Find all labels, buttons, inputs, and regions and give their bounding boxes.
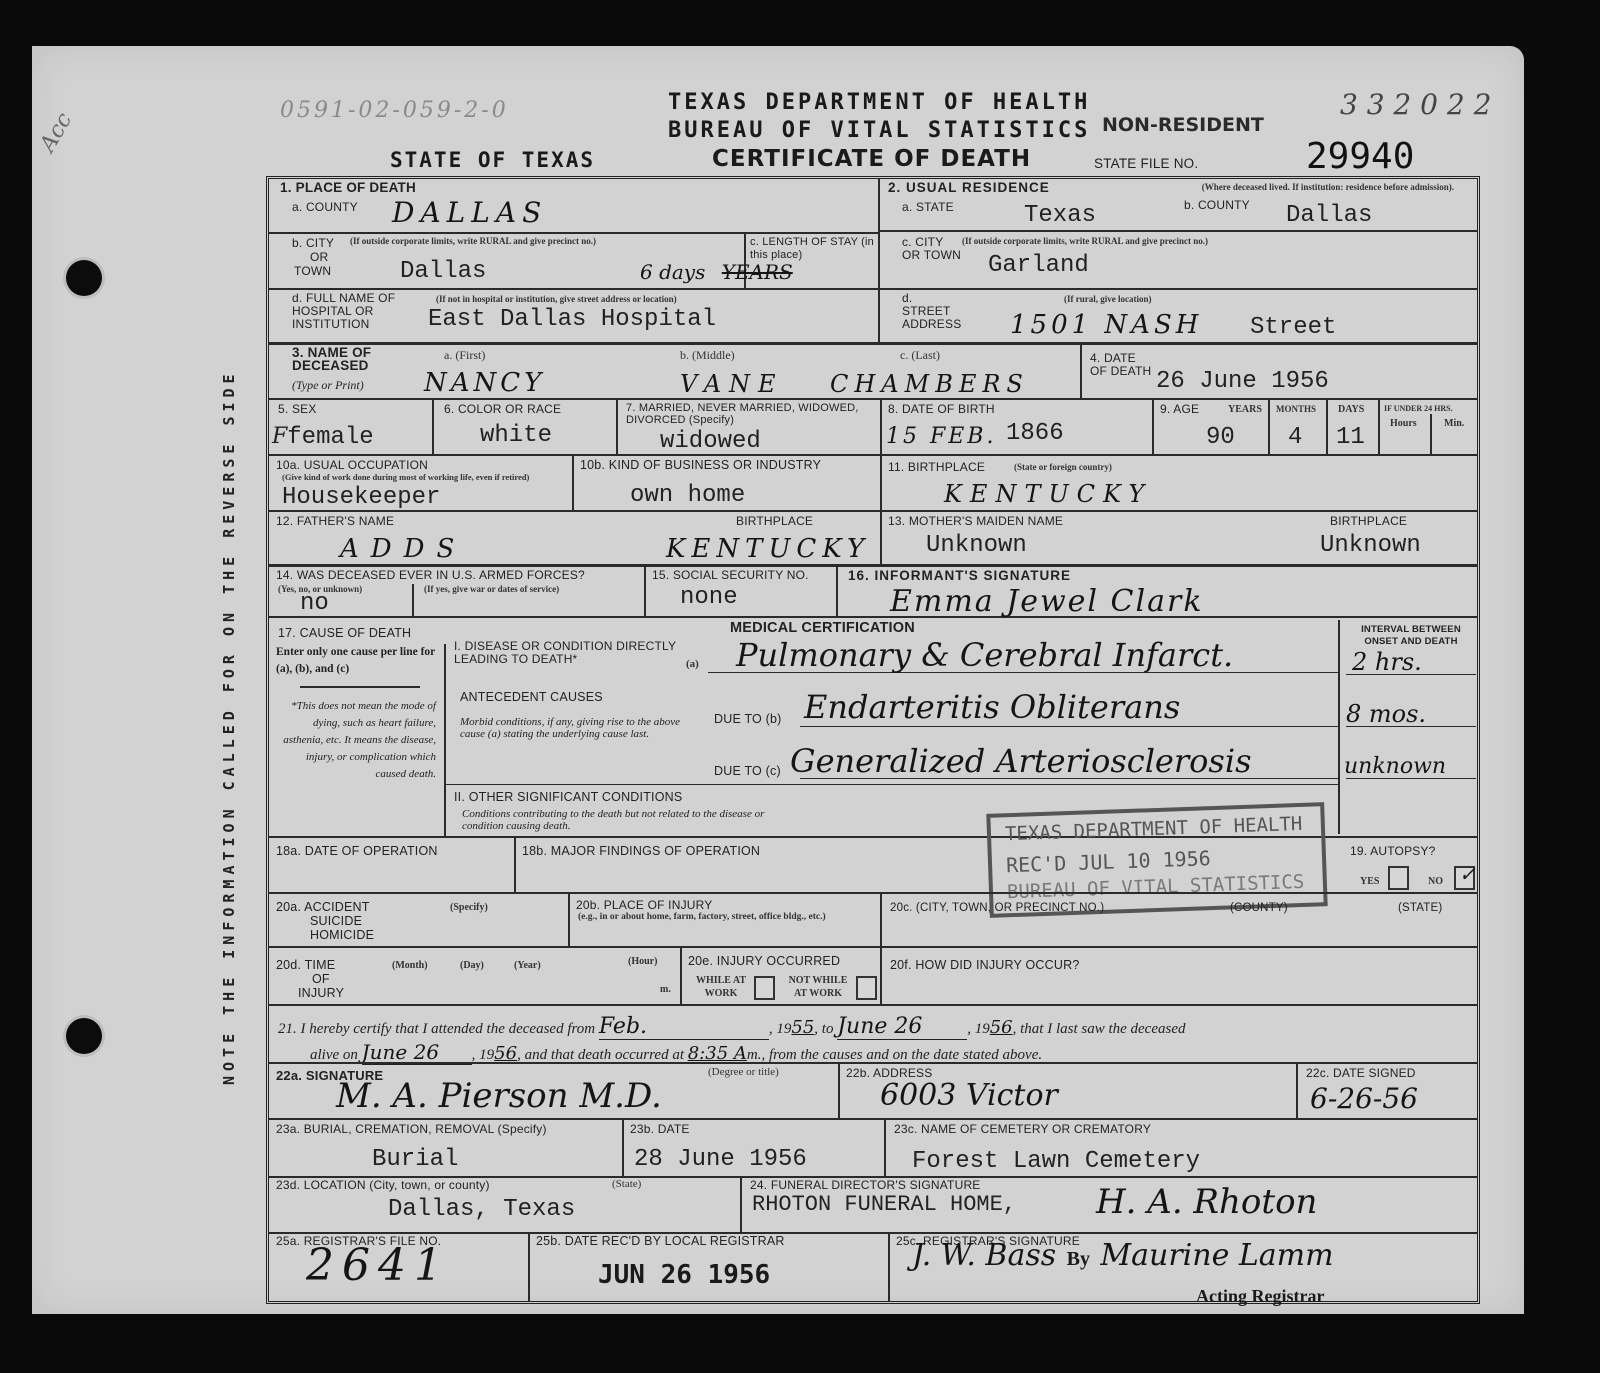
m-label: m. [660,984,671,995]
cause-a-value[interactable]: Pulmonary & Cerebral Infarct. [736,636,1233,674]
funeral-director-label: 24. FUNERAL DIRECTOR'S SIGNATURE [750,1178,981,1192]
industry-value[interactable]: own home [630,482,745,509]
operation-date-label: 18a. DATE OF OPERATION [276,844,438,858]
certify-text-8: , and that death occurred at [517,1047,684,1063]
divider [680,948,682,1004]
divider [268,946,1478,948]
agency-line-1: TEXAS DEPARTMENT OF HEALTH [668,90,1090,115]
divider [740,1178,742,1232]
years-label: YEARS [1228,404,1262,415]
name-hint: (Type or Print) [292,378,364,393]
stay-days: 6 days [640,260,705,284]
under-24-label: IF UNDER 24 HRS. [1384,404,1453,413]
how-injury-occurred-label: 20f. HOW DID INJURY OCCUR? [890,958,1080,972]
days-label: DAYS [1338,404,1364,415]
res-state-label: a. STATE [902,200,954,214]
divider [268,454,1478,456]
divider [268,1118,1478,1120]
physician-address-value[interactable]: 6003 Victor [880,1078,1058,1113]
agency-line-2: BUREAU OF VITAL STATISTICS [668,118,1090,143]
mother-value[interactable]: Unknown [926,532,1027,559]
autopsy-label: 19. AUTOPSY? [1350,844,1436,858]
divider [268,398,1478,400]
divider [878,178,880,344]
cause-footnote: *This does not mean the mode of dying, s… [276,698,436,783]
cause-of-death-label: 17. CAUSE OF DEATH [278,626,411,640]
divider [884,1120,886,1176]
registrar-signature-block: J. W. Bass By Maurine Lamm [912,1238,1334,1273]
suicide-label: SUICIDE [310,914,362,928]
divider [1378,400,1380,454]
received-stamp: TEXAS DEPARTMENT OF HEALTH REC'D JUL 10 … [986,802,1327,918]
street-number-value[interactable]: 1501 NASH [1010,310,1202,340]
degree-label: (Degree or title) [708,1066,779,1078]
residence-label: 2. USUAL RESIDENCE [888,180,1050,195]
autopsy-no-label: NO [1428,876,1443,887]
divider [616,400,618,454]
divider [1346,674,1476,675]
race-value[interactable]: white [480,422,552,449]
date-signed-label: 22c. DATE SIGNED [1306,1066,1416,1080]
divider [1326,400,1328,454]
divider [268,288,1478,290]
occupation-label: 10a. USUAL OCCUPATION [276,458,428,472]
time-of-death[interactable]: 8:35 A [688,1043,747,1064]
interval-a-value[interactable]: 2 hrs. [1352,648,1422,676]
sex-label: 5. SEX [278,402,317,416]
divider [1430,414,1432,454]
check-mark-icon: ✓ [1459,862,1476,886]
mother-birthplace-label: BIRTHPLACE [1330,514,1407,528]
part2-label: II. OTHER SIGNIFICANT CONDITIONS [454,790,682,804]
cause-b-value[interactable]: Endarteritis Obliterans [804,688,1180,726]
divider [1268,400,1270,454]
armed-forces-value[interactable]: no [300,590,329,617]
last-name-label: c. (Last) [900,348,940,363]
divider [1152,400,1154,454]
middle-name-value[interactable]: VANE [680,370,784,398]
certify-text-1: 21. I hereby certify that I attended the… [278,1021,595,1037]
cause-hint: Enter only one cause per line for (a), (… [276,644,436,678]
a-marker: (a) [686,658,699,670]
time-of-injury-label: 20d. TIME [276,958,335,972]
sex-corrected-initial: F [272,424,287,449]
death-county-value[interactable]: DALLAS [392,196,547,229]
burial-date-value[interactable]: 28 June 1956 [634,1146,807,1173]
last-name-value[interactable]: CHAMBERS [830,370,1029,398]
punch-hole-bottom [66,1018,102,1054]
part1-label: I. DISEASE OR CONDITION DIRECTLY LEADING… [454,640,684,666]
not-while-at-work-label: NOT WHILE AT WORK [782,974,854,1000]
dob-year-value[interactable]: 1866 [1006,420,1064,447]
attended-from-month[interactable]: Feb. [599,1014,769,1040]
injury-word-label: INJURY [298,986,344,1000]
non-resident-stamp: NON-RESIDENT [1102,114,1264,136]
divider [1346,778,1476,779]
hospital-hint: (If not in hospital or institution, give… [436,294,677,304]
injury-city-label: 20c. (CITY, TOWN, OR PRECINCT NO.) [890,902,1104,914]
marital-label: 7. MARRIED, NEVER MARRIED, WIDOWED, DIVO… [626,402,866,426]
name-label: 3. NAME OF DECEASED [292,346,402,372]
homicide-label: HOMICIDE [310,928,374,942]
stay-struck-years: YEARS [722,260,793,284]
street-suffix-value[interactable]: Street [1250,314,1336,341]
due-to-c-label: DUE TO (c) [714,764,781,778]
by-label: By [1067,1248,1090,1270]
burial-state-label: (State) [612,1178,641,1190]
acting-registrar-label: Acting Registrar [1196,1286,1324,1307]
reverse-side-note: NOTE THE INFORMATION CALLED FOR ON THE R… [220,369,238,1085]
birthplace-value[interactable]: KENTUCKY [944,480,1152,508]
cause-c-value[interactable]: Generalized Arteriosclerosis [790,742,1252,780]
birthplace-label: 11. BIRTHPLACE [888,460,985,474]
injury-a-label: 20a. ACCIDENT [276,900,370,914]
disposition-value[interactable]: Burial [372,1146,458,1173]
injury-county-label: (COUNTY) [1230,902,1288,914]
medical-cert-title: MEDICAL CERTIFICATION [730,620,915,636]
month-label: (Month) [392,960,428,971]
divider [568,894,570,946]
town-label: TOWN [294,264,331,278]
date-of-death-value[interactable]: 26 June 1956 [1156,368,1329,395]
certify-text-6: alive on [310,1047,358,1063]
sex-text: female [287,424,373,451]
stamp-number-top-left: 0591-02-059-2-0 [280,98,509,123]
birthplace-hint: (State or foreign country) [1014,462,1112,472]
divider [268,342,1478,345]
informant-label: 16. INFORMANT'S SIGNATURE [848,568,1071,583]
certify-text-4: , 19 [967,1021,990,1037]
cause-b-line [800,726,1338,727]
marital-value[interactable]: widowed [660,428,761,455]
father-label: 12. FATHER'S NAME [276,514,394,528]
res-city-value[interactable]: Garland [988,252,1089,279]
stamp-line-1: TEXAS DEPARTMENT OF HEALTH [1005,813,1303,845]
res-county-value[interactable]: Dallas [1286,202,1372,229]
stamp-line-2: REC'D JUL 10 1956 [1006,846,1211,877]
divider [622,1120,624,1176]
burial-location-label: 23d. LOCATION (City, town, or county) [276,1178,490,1192]
attended-to-year[interactable]: 56 [990,1017,1013,1038]
autopsy-yes-label: YES [1360,876,1379,887]
registrar-signature[interactable]: J. W. Bass [912,1238,1056,1273]
street-label: d. STREET ADDRESS [902,292,962,331]
first-name-value[interactable]: NANCY [424,368,545,398]
autopsy-no-checkbox[interactable]: ✓ [1454,866,1475,890]
middle-name-label: b. (Middle) [680,348,735,363]
burial-location-value[interactable]: Dallas, Texas [388,1196,575,1223]
hour-label: (Hour) [628,956,657,967]
divider [836,567,838,616]
res-state-value[interactable]: Texas [1024,202,1096,229]
divider [412,584,414,616]
state-of-texas: STATE OF TEXAS [390,148,595,172]
res-city-hint: (If outside corporate limits, write RURA… [962,236,1208,246]
divider [880,400,882,566]
divider [572,456,574,510]
divider [1296,1064,1298,1118]
city-label: b. CITY [292,236,334,250]
not-while-at-work-checkbox[interactable] [856,976,877,1000]
while-at-work-checkbox[interactable] [754,976,775,1000]
local-registrar-date-value[interactable]: JUN 26 1956 [598,1260,770,1290]
specify-label: (Specify) [450,902,488,913]
occupation-hint: (Give kind of work done during most of w… [282,472,572,482]
ssn-value[interactable]: none [680,584,738,611]
res-city-label: c. CITY OR TOWN [902,236,962,262]
certificate-title: CERTIFICATE OF DEATH [712,146,1031,172]
certify-text-3: , to [814,1021,833,1037]
dob-day-month-value[interactable]: 15 FEB. [886,424,996,449]
race-label: 6. COLOR OR RACE [444,402,561,416]
disposition-label: 23a. BURIAL, CREMATION, REMOVAL (Specify… [276,1122,547,1136]
father-birthplace-value[interactable]: KENTUCKY [666,534,870,564]
divider [1338,620,1340,834]
age-label: 9. AGE [1160,402,1199,416]
state-file-no-label: STATE FILE NO. [1094,156,1198,171]
handwritten-number-top-right: 3 3 2 0 2 2 [1340,88,1491,121]
street-hint: (If rural, give location) [1064,294,1151,304]
antecedent-hint: Morbid conditions, if any, giving rise t… [460,716,686,740]
divider [444,784,1338,785]
certify-text-2: , 19 [769,1021,792,1037]
dob-label: 8. DATE OF BIRTH [888,402,995,416]
divider [644,567,646,616]
acting-registrar-signature[interactable]: Maurine Lamm [1100,1238,1333,1273]
armed-hint-2: (If yes, give war or dates of service) [424,584,559,594]
interval-c-value[interactable]: unknown [1344,754,1446,779]
divider [514,838,516,892]
divider [300,686,420,688]
interval-label: INTERVAL BETWEEN ONSET AND DEATH [1346,624,1476,648]
place-of-injury-label: 20b. PLACE OF INJURY [576,898,713,912]
year-label: (Year) [514,960,541,971]
ssn-label: 15. SOCIAL SECURITY NO. [652,568,809,582]
place-of-injury-hint: (e.g., in or about home, farm, factory, … [578,912,858,922]
mother-birthplace-value[interactable]: Unknown [1320,532,1421,559]
age-years-value[interactable]: 90 [1206,424,1235,451]
while-at-work-label: WHILE AT WORK [690,974,752,1000]
last-seen-alive-year[interactable]: 56 [494,1043,517,1064]
cemetery-value[interactable]: Forest Lawn Cemetery [912,1148,1200,1175]
divider [838,1064,840,1118]
certify-text-7: , 19 [472,1047,495,1063]
age-days-value[interactable]: 11 [1336,424,1365,451]
divider [444,644,446,836]
divider [880,894,882,1004]
mother-label: 13. MOTHER'S MAIDEN NAME [888,514,1063,528]
divider [880,230,1478,232]
or-label: OR [310,250,328,264]
divider [268,1232,1478,1234]
divider [888,1234,890,1302]
interval-b-value[interactable]: 8 mos. [1346,700,1426,728]
death-city-value[interactable]: Dallas [400,258,486,285]
state-file-no: 29940 [1306,136,1414,177]
registrar-file-no-value[interactable]: 2641 [306,1240,450,1291]
local-registrar-date-label: 25b. DATE REC'D BY LOCAL REGISTRAR [536,1234,785,1248]
age-months-value[interactable]: 4 [1288,424,1302,451]
funeral-director-signature[interactable]: H. A. Rhoton [1096,1182,1317,1222]
father-birthplace-label: BIRTHPLACE [736,514,813,528]
county-label: a. COUNTY [292,200,358,214]
due-to-b-label: DUE TO (b) [714,712,782,726]
place-of-death-label: 1. PLACE OF DEATH [280,180,416,195]
hours-label: Hours [1390,418,1417,429]
res-county-label: b. COUNTY [1184,198,1250,212]
divider [432,400,434,454]
father-value[interactable]: ADDS [340,534,466,564]
divider [528,1234,530,1302]
divider [1080,344,1082,398]
hospital-value[interactable]: East Dallas Hospital [428,306,716,333]
date-of-death-label: 4. DATE OF DEATH [1090,352,1152,378]
physician-signature[interactable]: M. A. Pierson M.D. [336,1076,662,1116]
certify-line-1: 21. I hereby certify that I attended the… [278,1014,1186,1040]
attended-to-date[interactable]: June 26 [837,1014,967,1040]
stay-value[interactable]: 6 days YEARS [640,260,793,284]
months-label: MONTHS [1276,404,1316,414]
divider [268,510,1478,512]
operation-findings-label: 18b. MAJOR FINDINGS OF OPERATION [522,844,760,858]
occupation-value[interactable]: Housekeeper [282,484,440,511]
burial-date-label: 23b. DATE [630,1122,690,1136]
divider [268,892,1478,894]
antecedent-label: ANTECEDENT CAUSES [460,690,603,704]
divider [268,1004,1478,1006]
punch-hole-top [66,260,102,296]
divider [268,564,1478,567]
stamp-line-3: BUREAU OF VITAL STATISTICS [1007,871,1305,903]
part2-hint: Conditions contributing to the death but… [462,808,772,832]
day-label: (Day) [460,960,484,971]
divider [268,616,1478,618]
city-hint: (If outside corporate limits, write RURA… [350,236,740,246]
certify-text-9: m., from the causes and on the date stat… [747,1047,1042,1063]
attended-from-year[interactable]: 55 [791,1017,814,1038]
armed-forces-label: 14. WAS DECEASED EVER IN U.S. ARMED FORC… [276,568,585,582]
cemetery-label: 23c. NAME OF CEMETERY OR CREMATORY [894,1122,1151,1136]
of-label: OF [312,972,330,986]
hospital-label: d. FULL NAME OF HOSPITAL OR INSTITUTION [292,292,432,331]
stay-label: c. LENGTH OF STAY (in this place) [750,236,874,262]
injury-occurred-label: 20e. INJURY OCCURRED [688,954,840,968]
date-signed-value[interactable]: 6-26-56 [1310,1082,1418,1115]
informant-signature[interactable]: Emma Jewel Clark [890,584,1204,619]
funeral-home-value[interactable]: RHOTON FUNERAL HOME, [752,1192,1016,1217]
first-name-label: a. (First) [444,348,485,363]
divider [1346,726,1476,727]
certify-text-5: , that I last saw the deceased [1013,1021,1186,1037]
autopsy-yes-checkbox[interactable] [1388,866,1409,890]
min-label: Min. [1444,418,1464,429]
divider [268,232,878,234]
injury-state-label: (STATE) [1398,902,1442,914]
industry-label: 10b. KIND OF BUSINESS OR INDUSTRY [580,458,821,472]
sex-value[interactable]: Ffemale [272,424,374,451]
residence-hint: (Where deceased lived. If institution: r… [1104,182,1454,192]
